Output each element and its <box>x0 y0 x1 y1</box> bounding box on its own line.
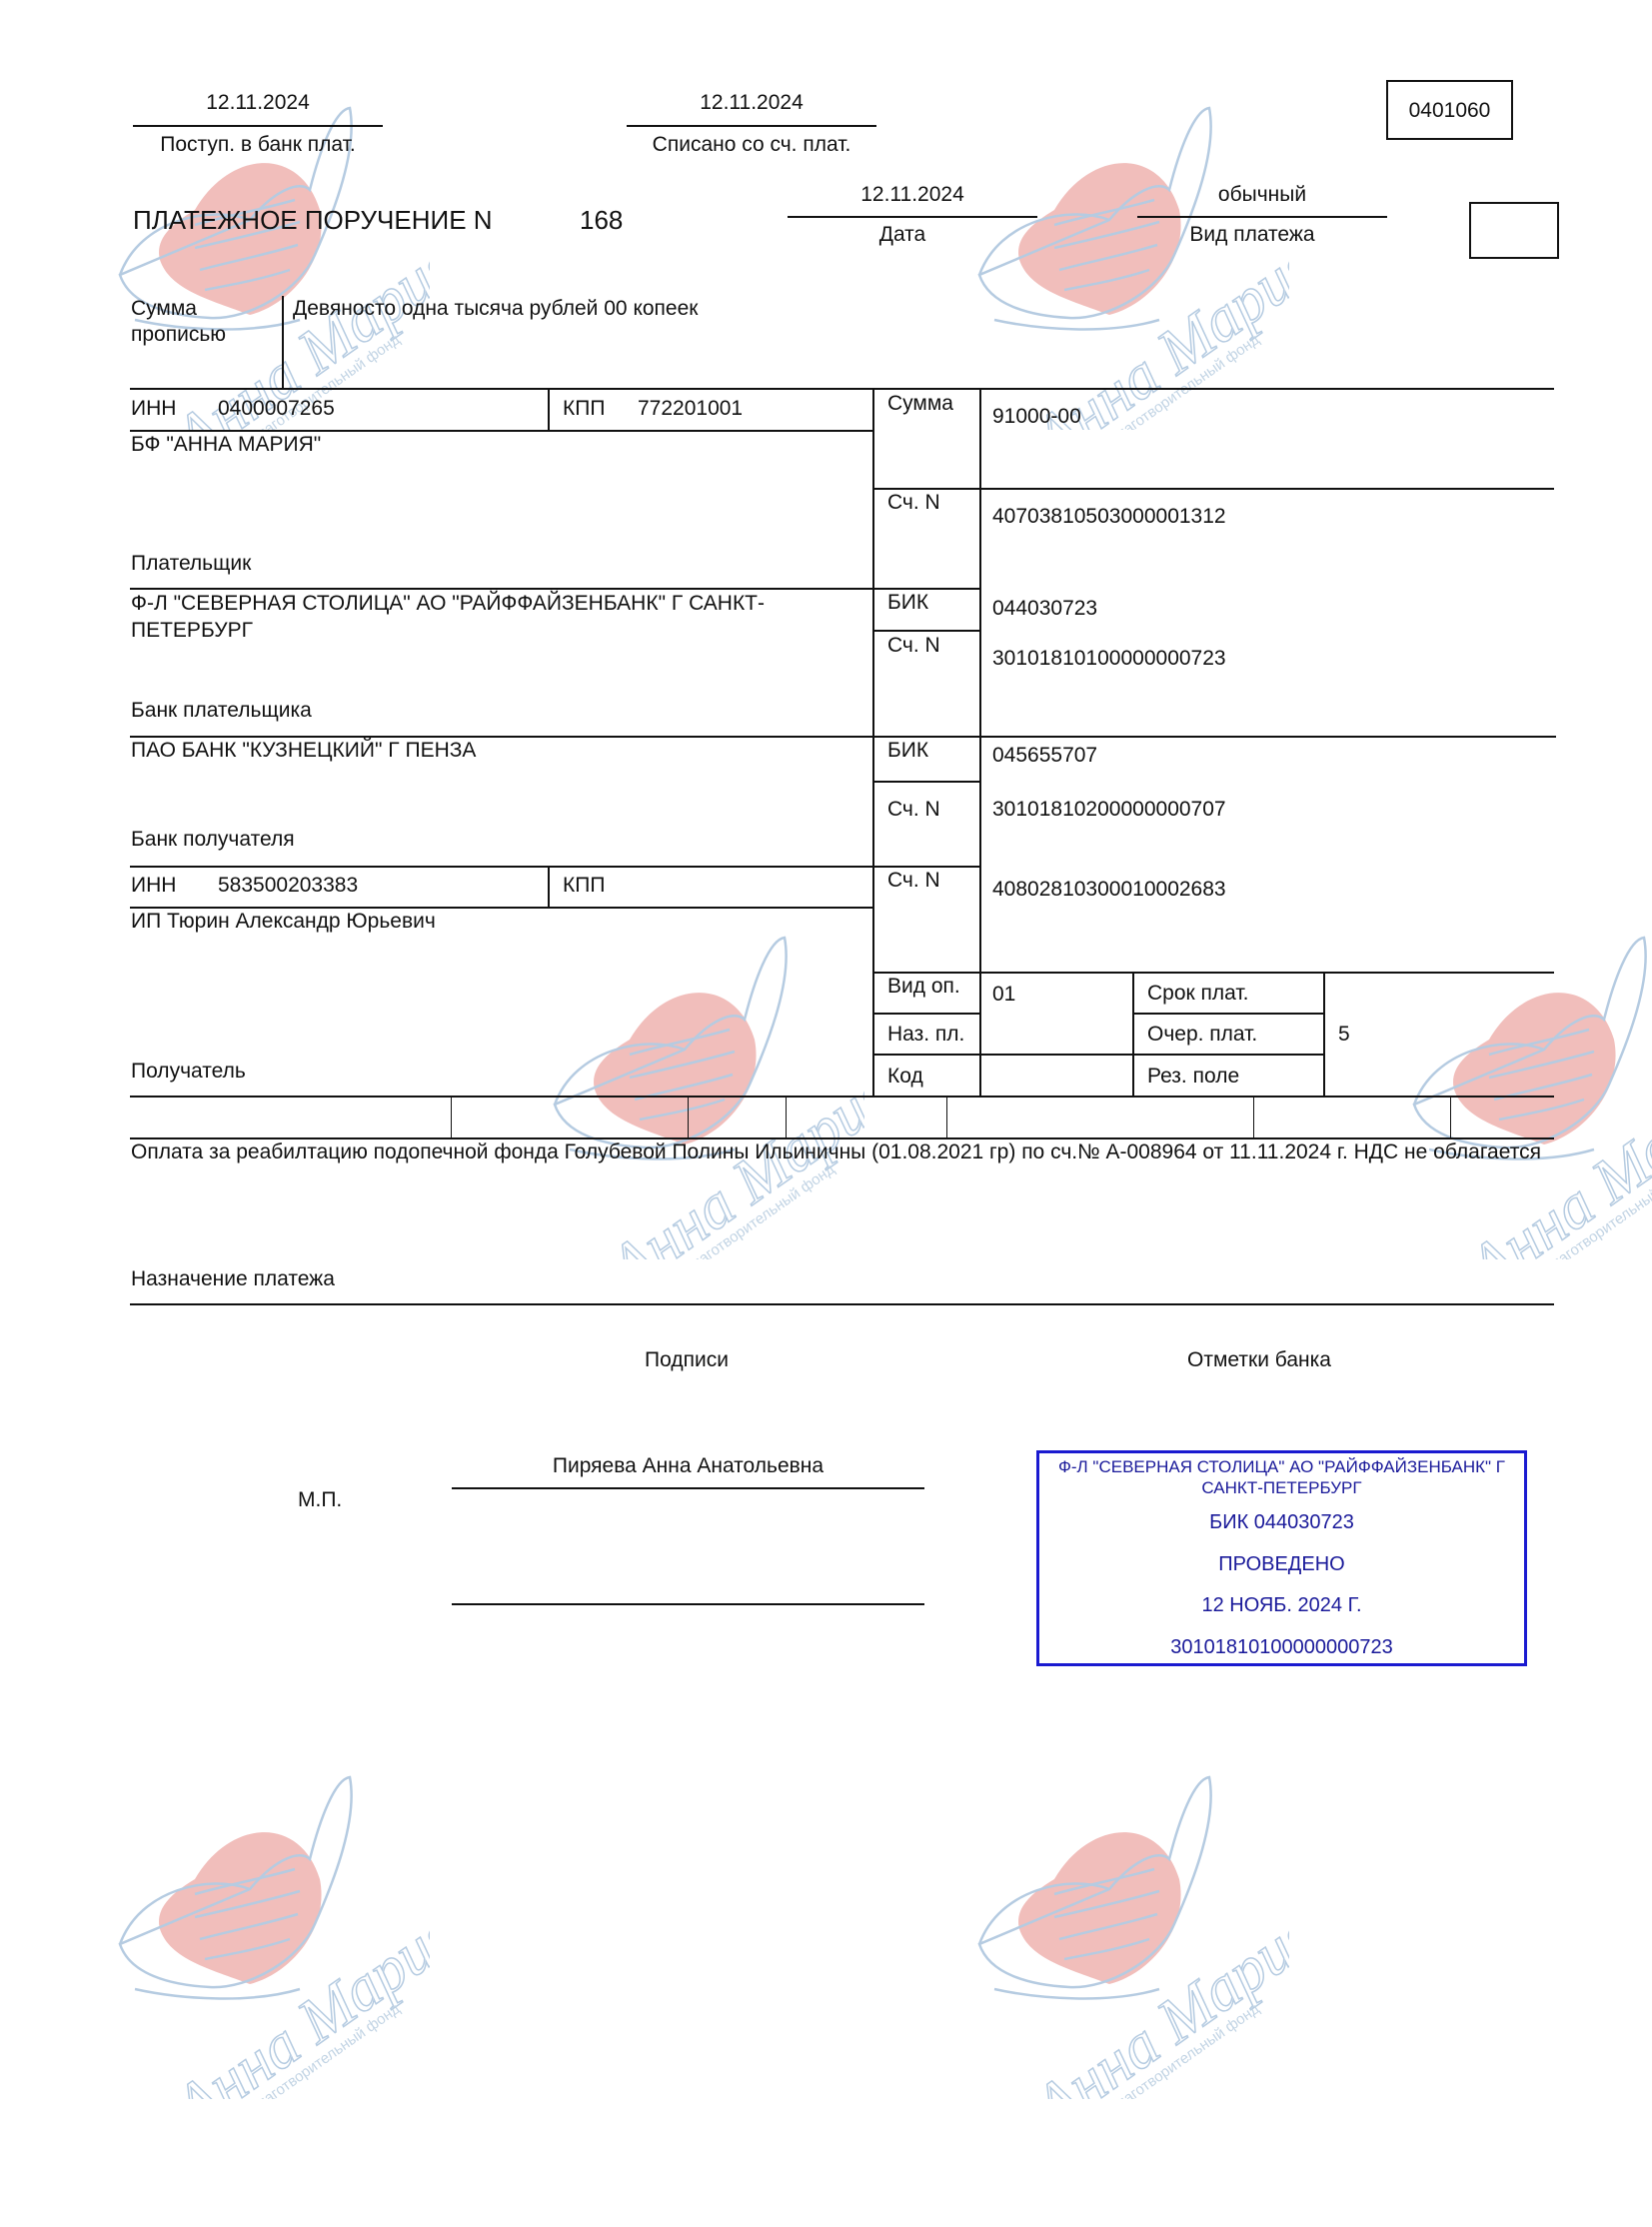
foundation-logo-icon: Анна Мария благотворительный фонд <box>1394 920 1652 1259</box>
form-code: 0401060 <box>1388 98 1511 123</box>
divider <box>946 1096 947 1137</box>
divider <box>872 972 1554 974</box>
divider <box>979 388 981 972</box>
document-title: ПЛАТЕЖНОЕ ПОРУЧЕНИЕ N <box>133 205 493 236</box>
bank-marks-title: Отметки банка <box>1119 1347 1399 1372</box>
payer-bank-label: Банк плательщика <box>131 698 312 723</box>
divider <box>548 388 550 430</box>
recipient-kpp-label: КПП <box>563 873 605 898</box>
code-label: Код <box>887 1064 923 1089</box>
sum-label: Сумма <box>887 391 953 416</box>
svg-text:благотворительный фонд: благотворительный фонд <box>1541 1160 1652 1259</box>
received-label: Поступ. в банк плат. <box>133 132 383 157</box>
bank-stamp-bik: БИК 044030723 <box>1039 1511 1524 1534</box>
divider <box>130 1303 1554 1305</box>
payer-bank-name-line1: Ф-Л "СЕВЕРНАЯ СТОЛИЦА" АО "РАЙФФАЙЗЕНБАН… <box>131 590 765 617</box>
payer-account-label: Сч. N <box>887 490 940 515</box>
foundation-logo-icon: Анна Мария благотворительный фонд <box>535 920 864 1259</box>
recipient-bank-label: Банк получателя <box>131 827 295 852</box>
amount-words-label-line1: Сумма <box>131 296 226 322</box>
recipient-name: ИП Тюрин Александр Юрьевич <box>131 909 436 934</box>
recipient-inn-label: ИНН <box>131 873 176 898</box>
payer-bank-name-line2: ПЕТЕРБУРГ <box>131 617 765 644</box>
bank-stamp-date: 12 НОЯБ. 2024 Г. <box>1039 1594 1524 1617</box>
payer-bank-name: Ф-Л "СЕВЕРНАЯ СТОЛИЦА" АО "РАЙФФАЙЗЕНБАН… <box>131 590 765 644</box>
payment-type: обычный <box>1137 182 1387 207</box>
divider <box>872 781 979 783</box>
payer-kpp-label: КПП <box>563 396 605 421</box>
bank-stamp: Ф-Л "СЕВЕРНАЯ СТОЛИЦА" АО "РАЙФФАЙЗЕНБАН… <box>1036 1450 1527 1666</box>
payer-name: БФ "АННА МАРИЯ" <box>131 432 321 457</box>
payer-bank-bik: 044030723 <box>992 596 1097 621</box>
divider <box>548 866 550 907</box>
foundation-logo-icon: Анна Мария благотворительный фонд <box>959 90 1289 430</box>
watermark-logo: Анна Мария благотворительный фонд <box>959 90 1289 430</box>
svg-text:благотворительный фонд: благотворительный фонд <box>247 2000 403 2099</box>
divider <box>872 1054 979 1056</box>
purpose-code-label: Наз. пл. <box>887 1022 964 1047</box>
received-date: 12.11.2024 <box>133 90 383 115</box>
payer-label: Плательщик <box>131 551 251 576</box>
bank-stamp-line1: Ф-Л "СЕВЕРНАЯ СТОЛИЦА" АО "РАЙФФАЙЗЕНБАН… <box>1039 1457 1524 1477</box>
priority-value: 5 <box>1338 1022 1350 1047</box>
priority-label: Очер. плат. <box>1147 1022 1257 1047</box>
payer-inn-label: ИНН <box>131 396 176 421</box>
stamp-place-label: М.П. <box>298 1487 342 1512</box>
status-box <box>1469 202 1559 259</box>
recipient-account: 40802810300010002683 <box>992 877 1226 902</box>
recipient-bank-account: 30101810200000000707 <box>992 797 1226 822</box>
divider <box>130 388 1554 390</box>
amount-words-label: Сумма прописью <box>131 296 226 348</box>
divider <box>1132 1054 1323 1056</box>
divider <box>872 1013 979 1015</box>
payer-bank-account: 30101810100000000723 <box>992 646 1226 671</box>
watermark-logo: Анна Мария благотворительный фонд <box>100 1759 430 2099</box>
sum-value: 91000-00 <box>992 404 1081 429</box>
payment-purpose-label: Назначение платежа <box>131 1266 335 1291</box>
payer-bank-bik-label: БИК <box>887 590 928 615</box>
signature-line <box>452 1603 924 1605</box>
debited-date: 12.11.2024 <box>627 90 876 115</box>
date-label: Дата <box>768 222 1037 247</box>
debited-label: Списано со сч. плат. <box>627 132 876 157</box>
recipient-inn: 583500203383 <box>218 873 358 898</box>
divider <box>1253 1096 1254 1137</box>
term-label: Срок плат. <box>1147 981 1249 1006</box>
watermark-logo: Анна Мария благотворительный фонд <box>959 1759 1289 2099</box>
divider <box>130 1096 1554 1098</box>
payment-type-label: Вид платежа <box>1127 222 1377 247</box>
payment-purpose-text: Оплата за реабилтацию подопечной фонда Г… <box>131 1139 1550 1164</box>
bank-stamp-status: ПРОВЕДЕНО <box>1039 1553 1524 1576</box>
divider <box>1323 972 1325 1096</box>
watermark-logo: Анна Мария благотворительный фонд <box>1394 920 1652 1259</box>
divider <box>872 630 979 632</box>
divider <box>1132 1013 1323 1015</box>
divider <box>786 1096 787 1137</box>
divider <box>451 1096 452 1137</box>
divider <box>282 296 284 388</box>
svg-text:благотворительный фонд: благотворительный фонд <box>1106 2000 1262 2099</box>
signer-name: Пиряева Анна Анатольевна <box>452 1453 924 1478</box>
divider <box>1132 972 1134 1096</box>
divider <box>133 125 383 127</box>
form-code-box: 0401060 <box>1386 80 1513 140</box>
svg-text:благотворительный фонд: благотворительный фонд <box>682 1160 837 1259</box>
watermark-logo: Анна Мария благотворительный фонд <box>535 920 864 1259</box>
signature-line <box>452 1487 924 1489</box>
recipient-label: Получатель <box>131 1059 246 1084</box>
divider <box>872 488 1554 490</box>
foundation-logo-icon: Анна Мария благотворительный фонд <box>959 1759 1289 2099</box>
divider <box>872 388 874 1096</box>
reserve-label: Рез. поле <box>1147 1064 1239 1089</box>
divider <box>1137 216 1387 218</box>
payer-kpp: 772201001 <box>638 396 743 421</box>
svg-text:благотворительный фонд: благотворительный фонд <box>1106 331 1262 430</box>
bank-stamp-line2: САНКТ-ПЕТЕРБУРГ <box>1039 1478 1524 1498</box>
amount-words-value: Девяносто одна тысяча рублей 00 копеек <box>293 296 698 321</box>
divider <box>979 1054 1132 1056</box>
document-date: 12.11.2024 <box>788 182 1037 207</box>
payer-inn: 0400007265 <box>218 396 335 421</box>
foundation-logo-icon: Анна Мария благотворительный фонд <box>100 1759 430 2099</box>
recipient-bank-bik-label: БИК <box>887 738 928 763</box>
recipient-account-label: Сч. N <box>887 868 940 893</box>
divider <box>688 1096 689 1137</box>
divider <box>627 125 876 127</box>
payer-account: 40703810503000001312 <box>992 504 1226 529</box>
divider <box>979 972 981 1096</box>
svg-text:Анна Мария: Анна Мария <box>1017 1896 1289 2099</box>
divider <box>1450 1096 1451 1137</box>
op-type-label: Вид оп. <box>887 974 960 999</box>
svg-text:Анна Мария: Анна Мария <box>1017 227 1289 430</box>
divider <box>788 216 1037 218</box>
signatures-title: Подписи <box>552 1347 822 1372</box>
bank-stamp-account: 30101810100000000723 <box>1039 1636 1524 1659</box>
amount-words-label-line2: прописью <box>131 322 226 348</box>
op-type: 01 <box>992 982 1015 1007</box>
svg-text:Анна Мария: Анна Мария <box>158 1896 430 2099</box>
recipient-bank-account-label: Сч. N <box>887 797 940 822</box>
divider <box>130 866 979 868</box>
recipient-bank-bik: 045655707 <box>992 743 1097 768</box>
payer-bank-account-label: Сч. N <box>887 633 940 658</box>
document-number: 168 <box>580 205 623 236</box>
recipient-bank-name: ПАО БАНК "КУЗНЕЦКИЙ" Г ПЕНЗА <box>131 738 476 763</box>
